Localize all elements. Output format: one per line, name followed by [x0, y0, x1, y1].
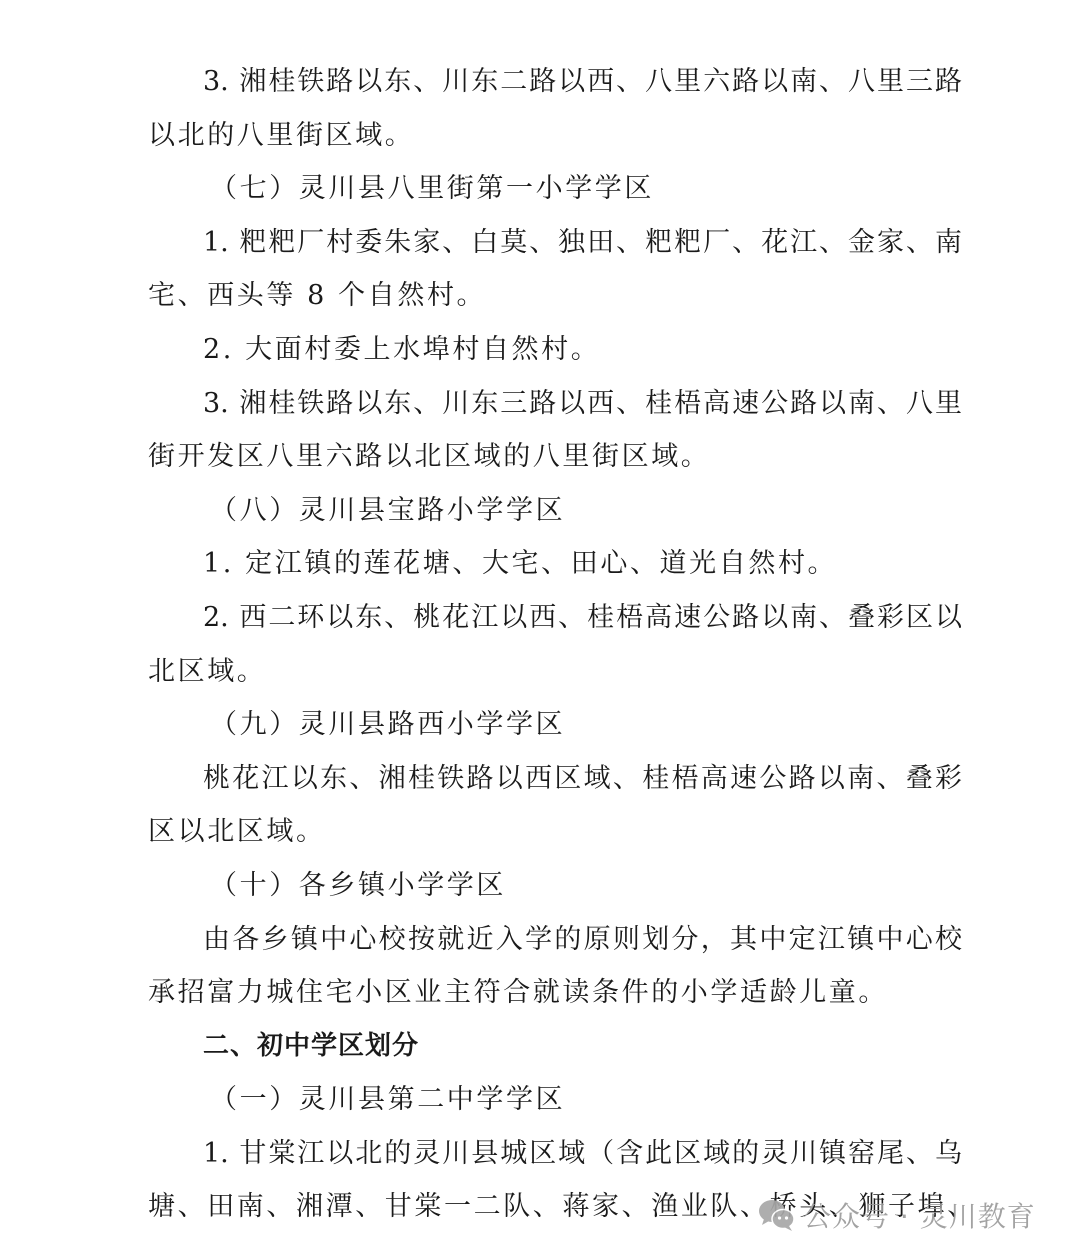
wechat-icon: [757, 1198, 797, 1232]
section-subheading: （八）灵川县宝路小学学区: [148, 484, 962, 538]
section-subheading: （一）灵川县第二中学学区: [148, 1073, 962, 1127]
paragraph-line: 1. 粑粑厂村委朱家、白莫、独田、粑粑厂、花江、金家、南: [148, 216, 962, 270]
paragraph-line: 3. 湘桂铁路以东、川东二路以西、八里六路以南、八里三路: [148, 55, 962, 109]
paragraph-line: 以北的八里街区域。: [148, 109, 962, 163]
paragraph-line: 街开发区八里六路以北区域的八里街区域。: [148, 430, 962, 484]
paragraph-line: 北区域。: [148, 645, 962, 699]
paragraph-line: 承招富力城住宅小区业主符合就读条件的小学适龄儿童。: [148, 966, 962, 1020]
paragraph-line: 1. 甘棠江以北的灵川县城区域（含此区域的灵川镇窑尾、乌: [148, 1127, 962, 1181]
paragraph-line: 桃花江以东、湘桂铁路以西区域、桂梧高速公路以南、叠彩: [148, 752, 962, 806]
paragraph-line: 2. 西二环以东、桃花江以西、桂梧高速公路以南、叠彩区以: [148, 591, 962, 645]
paragraph-line: 由各乡镇中心校按就近入学的原则划分，其中定江镇中心校: [148, 913, 962, 967]
section-heading: 二、初中学区划分: [148, 1020, 962, 1074]
wechat-watermark: 公众号 · 灵川教育: [757, 1195, 1036, 1235]
section-subheading: （十）各乡镇小学学区: [148, 859, 962, 913]
document-page: 3. 湘桂铁路以东、川东二路以西、八里六路以南、八里三路 以北的八里街区域。 （…: [148, 55, 962, 1234]
paragraph-line: 3. 湘桂铁路以东、川东三路以西、桂梧高速公路以南、八里: [148, 377, 962, 431]
paragraph-line: 2. 大面村委上水埠村自然村。: [148, 323, 962, 377]
paragraph-line: 1. 定江镇的莲花塘、大宅、田心、道光自然村。: [148, 537, 962, 591]
watermark-text: 公众号 · 灵川教育: [803, 1195, 1036, 1235]
section-subheading: （九）灵川县路西小学学区: [148, 698, 962, 752]
paragraph-line: 宅、西头等 8 个自然村。: [148, 269, 962, 323]
paragraph-line: 区以北区域。: [148, 805, 962, 859]
section-subheading: （七）灵川县八里街第一小学学区: [148, 162, 962, 216]
